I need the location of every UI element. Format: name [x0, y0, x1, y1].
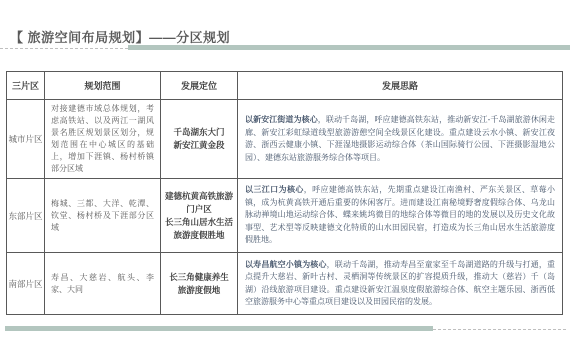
column-header-zone: 三片区	[7, 72, 45, 100]
title-dashed-line	[0, 48, 128, 49]
development-positioning: 建德杭黄高铁旅游 门户区 长三角山居水生活 旅游度假胜地	[161, 179, 238, 253]
column-header-scope: 规划范围	[45, 72, 161, 100]
column-header-idea: 发展思路	[238, 72, 563, 100]
page-title: 【 旅游空间布局规划】——分区规划	[10, 27, 230, 46]
development-idea: 以新安江街道为核心，联动千岛湖，呼应建德高铁东站，推动新安江-千岛湖旅游休闲走廊…	[238, 100, 563, 179]
table-header-row: 三片区 规划范围 发展定位 发展思路	[7, 72, 563, 100]
table-row-south-zone: 南部片区 寿昌、大慈岩、航头、李家、大同 长三角健康养生 旅游度假地 以寿昌航空…	[7, 253, 563, 315]
zone-name: 南部片区	[7, 253, 45, 315]
development-idea: 以寿昌航空小镇为核心，联动千岛湖，推动寿昌至童家至千岛湖道路的升级与打通，重点提…	[238, 253, 563, 315]
development-positioning: 长三角健康养生 旅游度假地	[161, 253, 238, 315]
title-accent-bar	[128, 45, 570, 50]
zone-name: 东部片区	[7, 179, 45, 253]
idea-lead-phrase: 以新安江街道为核心	[245, 115, 318, 124]
footer-dashed-line	[433, 329, 566, 330]
development-idea: 以三江口为核心，呼应建德高铁东站，先期重点建设江南渔村、严东关景区、草莓小镇，成…	[238, 179, 563, 253]
development-positioning: 千岛湖东大门 新安江黄金段	[161, 100, 238, 179]
idea-lead-phrase: 以寿昌航空小镇为核心	[245, 260, 327, 269]
idea-lead-phrase: 以三江口为核心	[245, 185, 304, 194]
footer-accent-bar	[5, 326, 433, 331]
table-row-city-zone: 城市片区 对接建德市域总体规划，考虑高铁站、以及两江一湖风景名胜区规划景区划分，…	[7, 100, 563, 179]
zoning-plan-table: 三片区 规划范围 发展定位 发展思路 城市片区 对接建德市域总体规划，考虑高铁站…	[6, 71, 563, 315]
planning-scope: 梅城、三都、大洋、乾潭、钦堂、杨村桥及下涯部分区域	[45, 179, 161, 253]
column-header-positioning: 发展定位	[161, 72, 238, 100]
table-row-east-zone: 东部片区 梅城、三都、大洋、乾潭、钦堂、杨村桥及下涯部分区域 建德杭黄高铁旅游 …	[7, 179, 563, 253]
planning-scope: 对接建德市域总体规划，考虑高铁站、以及两江一湖风景名胜区规划景区划分，规划范围在…	[45, 100, 161, 179]
zone-name: 城市片区	[7, 100, 45, 179]
planning-scope: 寿昌、大慈岩、航头、李家、大同	[45, 253, 161, 315]
